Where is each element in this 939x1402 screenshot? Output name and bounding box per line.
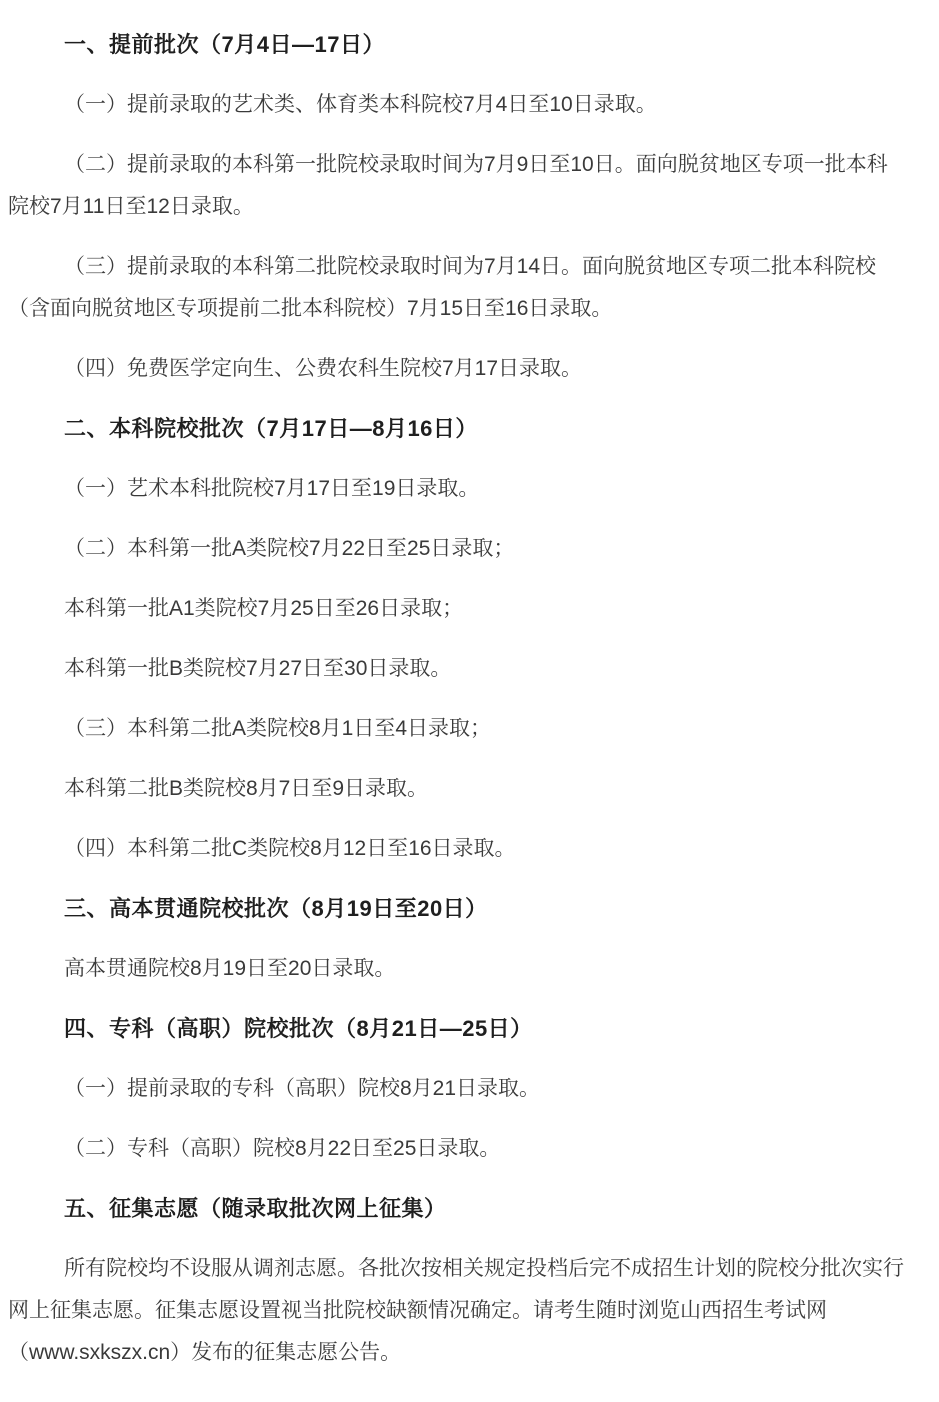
paragraph: （四）免费医学定向生、公费农科生院校7月17日录取。 — [8, 348, 908, 390]
paragraph: （一）提前录取的艺术类、体育类本科院校7月4日至10日录取。 — [8, 84, 908, 126]
section: 五、征集志愿（随录取批次网上征集） 所有院校均不设服从调剂志愿。各批次按相关规定… — [8, 1188, 908, 1374]
section-heading: 五、征集志愿（随录取批次网上征集） — [8, 1188, 908, 1230]
section-heading: 四、专科（高职）院校批次（8月21日—25日） — [8, 1008, 908, 1050]
section: 一、提前批次（7月4日—17日） （一）提前录取的艺术类、体育类本科院校7月4日… — [8, 24, 908, 390]
section: 三、高本贯通院校批次（8月19日至20日） 高本贯通院校8月19日至20日录取。 — [8, 888, 908, 990]
paragraph: （四）本科第二批C类院校8月12日至16日录取。 — [8, 828, 908, 870]
section-heading: 二、本科院校批次（7月17日—8月16日） — [8, 408, 908, 450]
paragraph: 高本贯通院校8月19日至20日录取。 — [8, 948, 908, 990]
section-heading: 一、提前批次（7月4日—17日） — [8, 24, 908, 66]
paragraph: （三）本科第二批A类院校8月1日至4日录取； — [8, 708, 908, 750]
paragraph: （一）提前录取的专科（高职）院校8月21日录取。 — [8, 1068, 908, 1110]
paragraph: （三）提前录取的本科第二批院校录取时间为7月14日。面向脱贫地区专项二批本科院校… — [8, 246, 908, 330]
paragraph: （二）提前录取的本科第一批院校录取时间为7月9日至10日。面向脱贫地区专项一批本… — [8, 144, 908, 228]
article-body: 一、提前批次（7月4日—17日） （一）提前录取的艺术类、体育类本科院校7月4日… — [0, 0, 939, 1402]
section: 二、本科院校批次（7月17日—8月16日） （一）艺术本科批院校7月17日至19… — [8, 408, 908, 870]
paragraph: 本科第一批B类院校7月27日至30日录取。 — [8, 648, 908, 690]
paragraph: （二）专科（高职）院校8月22日至25日录取。 — [8, 1128, 908, 1170]
paragraph: 所有院校均不设服从调剂志愿。各批次按相关规定投档后完不成招生计划的院校分批次实行… — [8, 1248, 908, 1374]
paragraph: 本科第二批B类院校8月7日至9日录取。 — [8, 768, 908, 810]
section: 四、专科（高职）院校批次（8月21日—25日） （一）提前录取的专科（高职）院校… — [8, 1008, 908, 1170]
paragraph: （二）本科第一批A类院校7月22日至25日录取； — [8, 528, 908, 570]
paragraph: 本科第一批A1类院校7月25日至26日录取； — [8, 588, 908, 630]
paragraph: （一）艺术本科批院校7月17日至19日录取。 — [8, 468, 908, 510]
section-heading: 三、高本贯通院校批次（8月19日至20日） — [8, 888, 908, 930]
